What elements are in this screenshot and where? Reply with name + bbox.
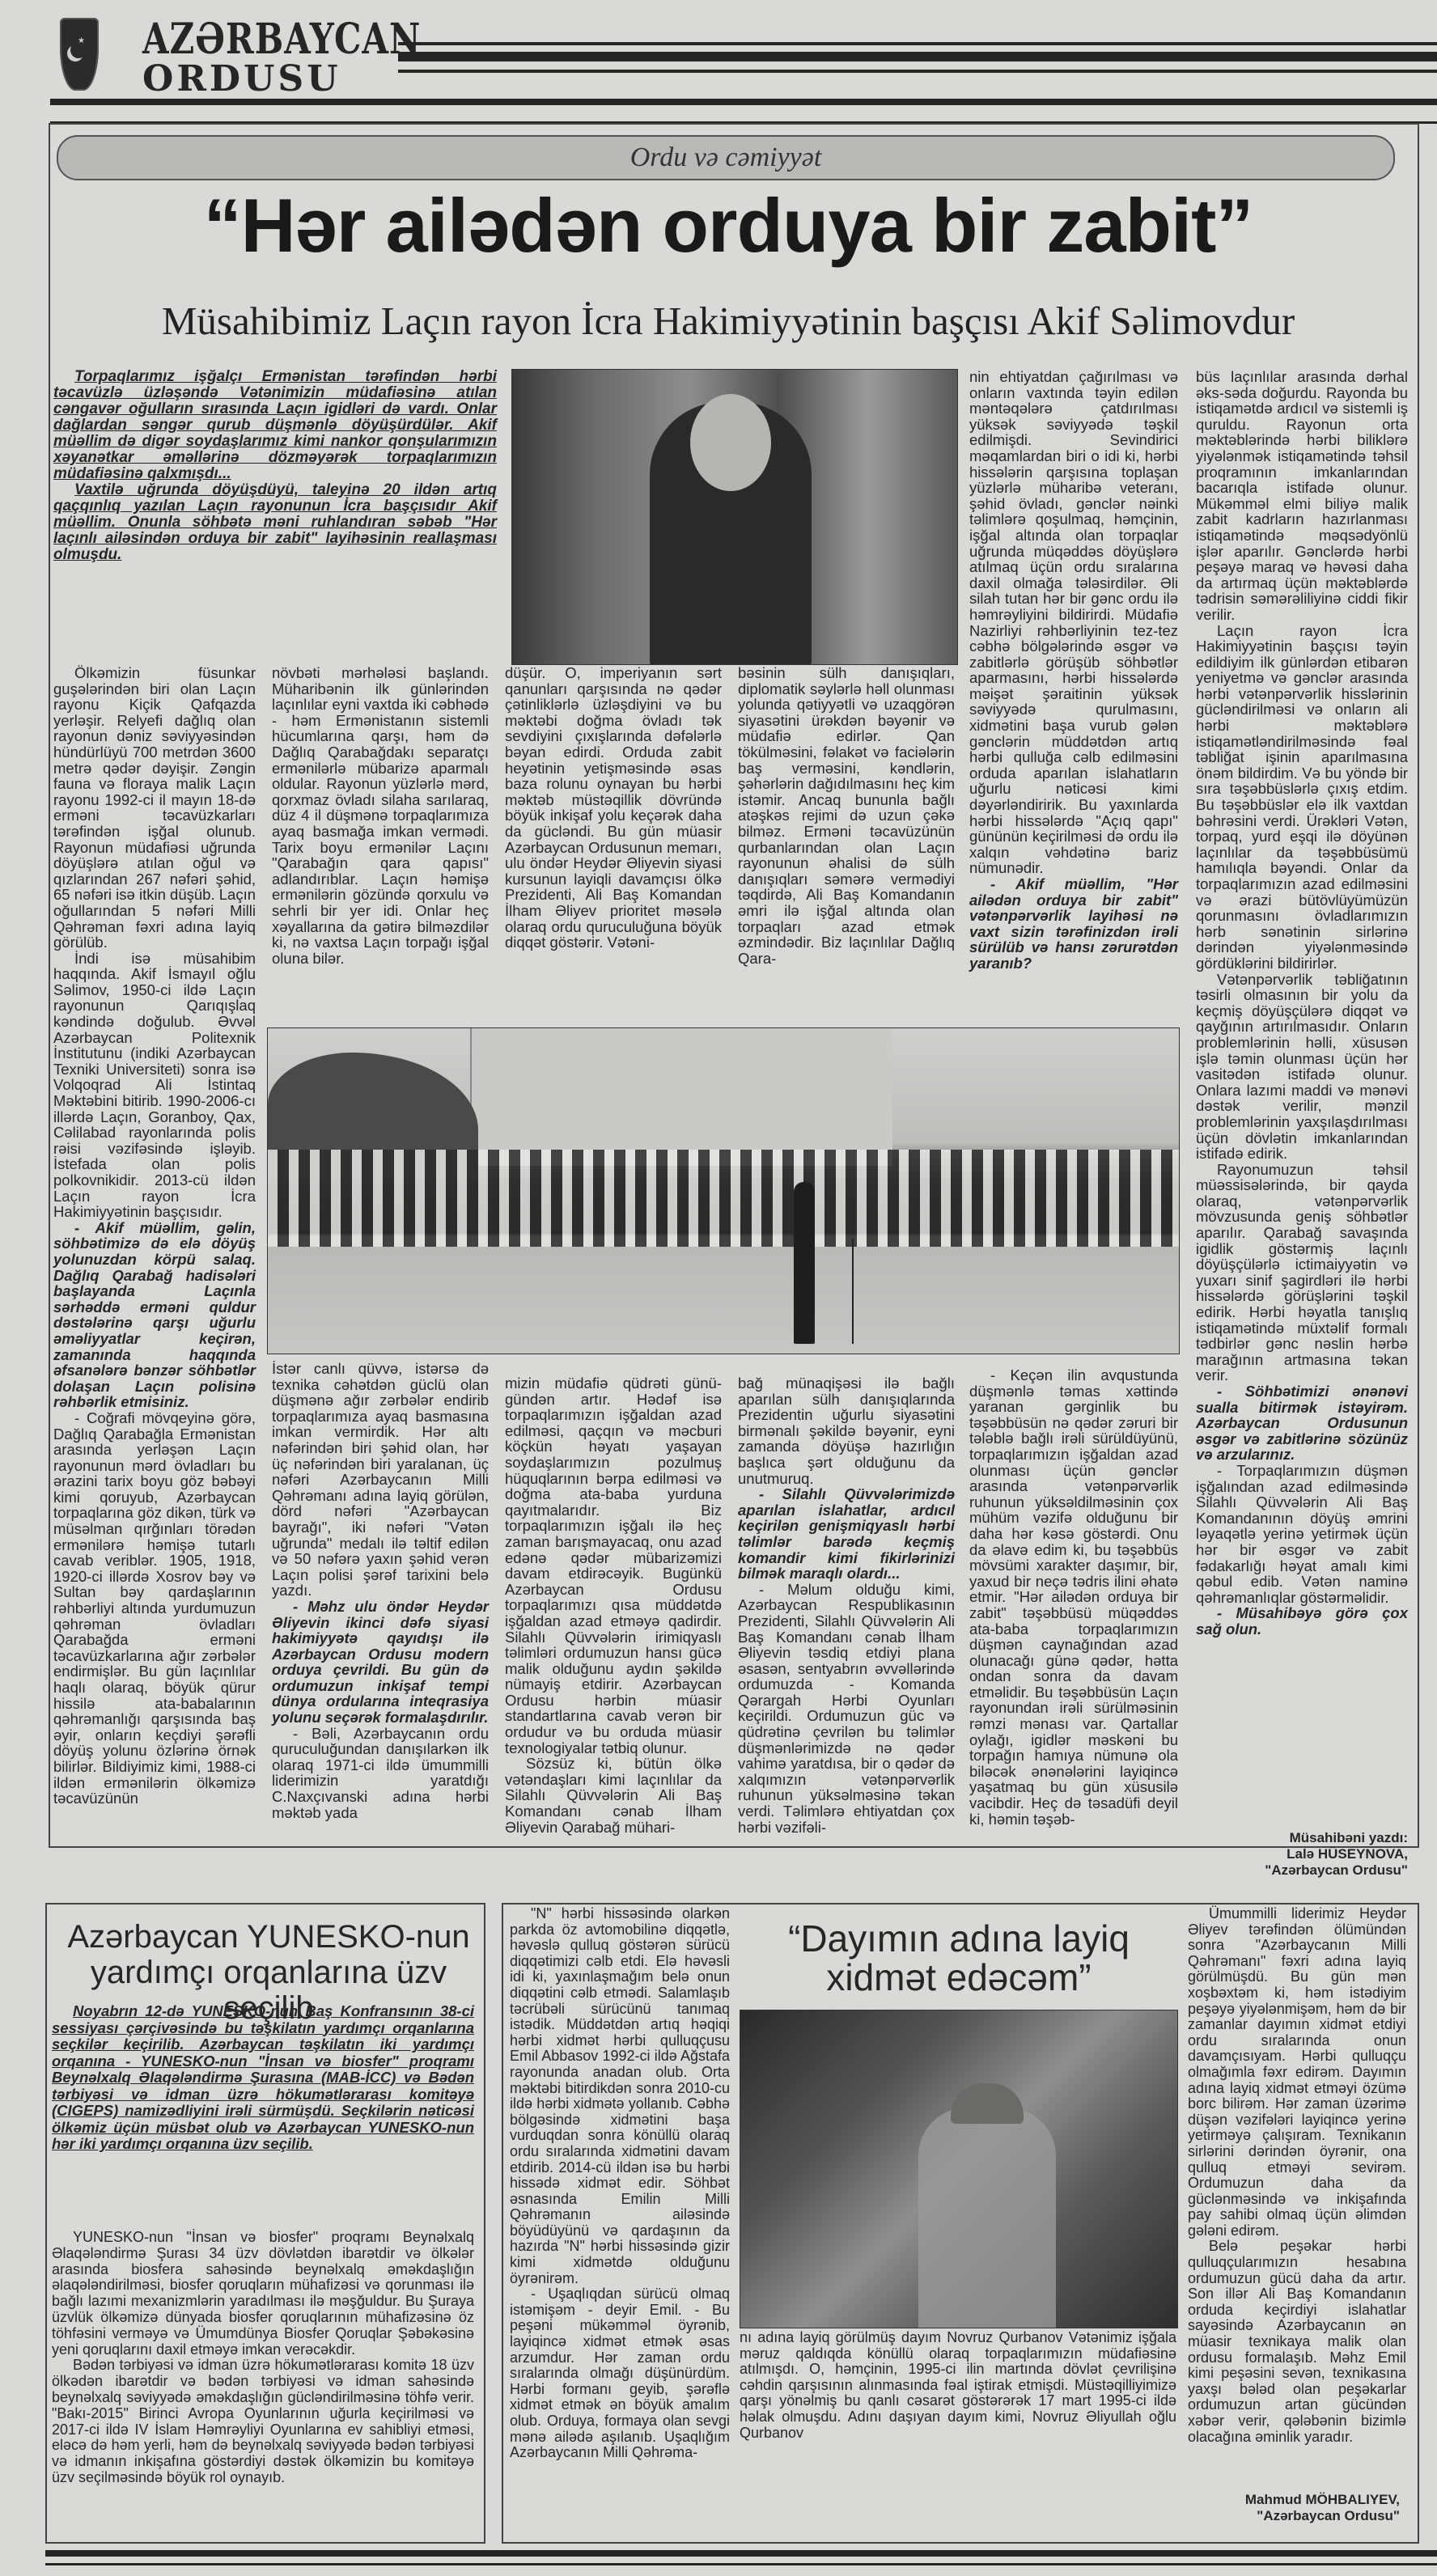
paragraph: Belə peşəkar hərbi qulluqçularımızın hes… <box>1188 2239 1406 2445</box>
paragraph: Ölkəmizin füsunkar guşələrindən biri ola… <box>53 665 256 951</box>
lead-paragraph: Torpaqlarımız işğalçı Ermənistan tərəfin… <box>53 369 497 482</box>
article-lead: Torpaqlarımız işğalçı Ermənistan tərəfin… <box>53 369 497 563</box>
article-column-4-bottom: bağ münaqişəsi ilə bağlı aparılan sülh d… <box>738 1375 955 1835</box>
article-column-3-bottom: mizin müdafiə qüdrəti günü-gündən artır.… <box>505 1375 722 1835</box>
portrait-face <box>690 394 771 491</box>
paragraph: bəsinin sülh danışıqları, diplomatik səy… <box>738 665 955 966</box>
dayi-headline: “Dayımın adına layiq xidmət edəcəm” <box>736 1919 1181 1997</box>
portrait-photo <box>511 369 958 665</box>
paragraph: növbəti mərhələsi başlandı. Müharibənin … <box>272 665 489 966</box>
main-byline: Müsahibəni yazdı: Lalə HÜSEYNOVA, "Azərb… <box>1196 1830 1408 1879</box>
paragraph: Vətənpərvərlik təbliğatının təsirli olma… <box>1196 972 1408 1162</box>
masthead-rule-full <box>50 99 1437 105</box>
paragraph: mizin müdafiə qüdrəti günü-gündən artır.… <box>505 1375 722 1756</box>
interview-question: - Məhz ulu öndər Heydər Əliyevin ikinci … <box>272 1599 489 1726</box>
byline-label: Müsahibəni yazdı: <box>1196 1830 1408 1846</box>
masthead-rule-thick <box>398 52 1437 61</box>
masthead-rule-thin-bottom <box>398 70 1437 73</box>
paragraph: Rayonumuzun təhsil müəssisələrində, bir … <box>1196 1162 1408 1383</box>
footer-rule-thin <box>45 2563 1437 2565</box>
paragraph: Bədən tərbiyəsi və idman üzrə hökumətlər… <box>52 2358 474 2485</box>
paragraph: nin ehtiyatdan çağırılması və onların va… <box>969 369 1178 876</box>
dayi-column-2: nı adına layiq görülmüş dayım Novruz Qur… <box>740 2330 1176 2441</box>
paragraph: İndi isə müsahibim haqqında. Akif İsmayı… <box>53 951 256 1220</box>
masthead-line2: ORDUSU <box>142 61 421 97</box>
paragraph: düşür. O, imperiyanın sərt qanunları qar… <box>505 665 722 951</box>
rally-photo <box>267 1027 1180 1354</box>
soldier-cap <box>951 2083 1024 2124</box>
lead-paragraph: Vaxtilə uğrunda döyüşdüyü, taleyinə 20 i… <box>53 482 497 563</box>
main-headline: “Hər ailədən orduya bir zabit” <box>49 188 1408 264</box>
paragraph: İstər canlı qüvvə, istərsə də texnika cə… <box>272 1361 489 1599</box>
masthead-title: AZƏRBAYCAN ORDUSU <box>142 18 421 97</box>
paragraph: Sözsüz ki, bütün ölkə vətəndaşları kimi … <box>505 1756 722 1835</box>
dayi-byline: Mahmud MÖHBALIYEV, "Azərbaycan Ordusu" <box>1188 2492 1400 2524</box>
article-column-4-top: bəsinin sülh danışıqları, diplomatik səy… <box>738 665 955 966</box>
masthead-rule-thin-top <box>398 42 1437 45</box>
paragraph: "N" hərbi hissəsində olarkən parkda öz a… <box>510 1906 730 2286</box>
article-column-5-bottom: - Keçən ilin avqustunda düşmənlə təmas x… <box>969 1367 1178 1827</box>
soldier-photo <box>740 2010 1178 2328</box>
army-shield-emblem-icon: ★ <box>60 18 99 91</box>
paragraph: - Məlum olduğu kimi, Azərbaycan Respubli… <box>738 1582 955 1836</box>
article-column-1: Ölkəmizin füsunkar guşələrindən biri ola… <box>53 665 256 1807</box>
interview-closing: - Müsahibəyə görə çox sağ olun. <box>1196 1605 1408 1637</box>
byline-author: Mahmud MÖHBALIYEV, <box>1188 2492 1400 2508</box>
paragraph: - Keçən ilin avqustunda düşmənlə təmas x… <box>969 1367 1178 1827</box>
paragraph: Laçın rayon İcra Hakimiyyətinin başçısı … <box>1196 623 1408 972</box>
paragraph: - Coğrafi mövqeyinə görə, Dağlıq Qarabağ… <box>53 1410 256 1807</box>
unesco-lead: Noyabrın 12-də YUNESKO-nun Baş Konfransı… <box>52 2003 474 2153</box>
paragraph: YUNESKO-nun "İnsan və biosfer" proqramı … <box>52 2230 474 2358</box>
byline-author: Lalə HÜSEYNOVA, <box>1196 1846 1408 1862</box>
crowd <box>268 1150 1179 1247</box>
article-column-3-top: düşür. O, imperiyanın sərt qanunları qar… <box>505 665 722 951</box>
article-column-2-bottom: İstər canlı qüvvə, istərsə də texnika cə… <box>272 1361 489 1820</box>
interview-question: - Söhbətimizi ənənəvi sualla bitirmək is… <box>1196 1383 1408 1463</box>
interview-question: - Akif müəllim, gəlin, söhbətimizə də el… <box>53 1220 256 1410</box>
footer-rule-thick <box>45 2550 1437 2557</box>
article-column-6: büs laçınlılar arasında dərhal əks-səda … <box>1196 369 1408 1638</box>
speaker <box>794 1182 815 1344</box>
paragraph: - Bəli, Azərbaycanın ordu quruculuğundan… <box>272 1726 489 1821</box>
paragraph: bağ münaqişəsi ilə bağlı aparılan sülh d… <box>738 1375 955 1486</box>
byline-publication: "Azərbaycan Ordusu" <box>1188 2508 1400 2524</box>
paragraph: - Torpaqlarımızın düşmən işğalından azad… <box>1196 1463 1408 1605</box>
dayi-column-1: "N" hərbi hissəsində olarkən parkda öz a… <box>510 1906 730 2461</box>
article-column-2-top: növbəti mərhələsi başlandı. Müharibənin … <box>272 665 489 966</box>
unesco-body: YUNESKO-nun "İnsan və biosfer" proqramı … <box>52 2230 474 2486</box>
lead-paragraph: Noyabrın 12-də YUNESKO-nun Baş Konfransı… <box>52 2003 474 2153</box>
paragraph: nı adına layiq görülmüş dayım Novruz Qur… <box>740 2330 1176 2441</box>
paragraph: Ümummilli liderimiz Heydər Əliyev tərəfi… <box>1188 1906 1406 2239</box>
building <box>470 1028 892 1166</box>
interview-question: - Akif müəllim, "Hər ailədən orduya bir … <box>969 876 1178 972</box>
main-subheadline: Müsahibimiz Laçın rayon İcra Hakimiyyəti… <box>49 301 1408 341</box>
byline-publication: "Azərbaycan Ordusu" <box>1196 1862 1408 1879</box>
microphone-stand <box>852 1239 854 1344</box>
interview-question: - Silahlı Qüvvələrimizdə aparılan islaha… <box>738 1486 955 1582</box>
soldier-figure <box>918 2108 1056 2328</box>
section-label: Ordu və cəmiyyət <box>57 135 1395 180</box>
dayi-column-3: Ümummilli liderimiz Heydər Əliyev tərəfi… <box>1188 1906 1406 2445</box>
paragraph: büs laçınlılar arasında dərhal əks-səda … <box>1196 369 1408 623</box>
masthead-line1: AZƏRBAYCAN <box>142 18 421 61</box>
article-column-5: nin ehtiyatdan çağırılması və onların va… <box>969 369 1178 972</box>
paragraph: - Uşaqlıqdan sürücü olmaq istəmişəm - de… <box>510 2286 730 2461</box>
